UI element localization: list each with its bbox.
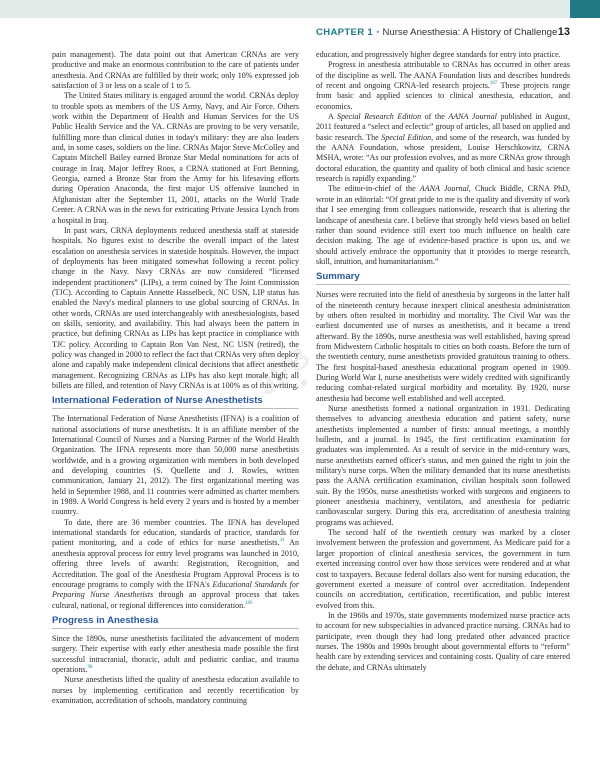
right-column: education, and progressively higher degr… (316, 50, 570, 673)
italic-title: AANA Journal (420, 184, 469, 193)
text-run: To date, there are 36 member countries. … (52, 518, 299, 548)
paragraph: Nurse anesthetists formed a national org… (316, 404, 570, 528)
paragraph: The International Federation of Nurse An… (52, 414, 299, 517)
left-column: pain management). The data point out tha… (52, 50, 299, 706)
text-run: A (328, 112, 337, 121)
paragraph: Nurses were recruited into the field of … (316, 290, 570, 404)
chapter-title: Nurse Anesthesia: A History of Challenge (382, 27, 557, 38)
header-band (0, 0, 600, 18)
italic-title: Special Edition (381, 133, 431, 142)
paragraph: pain management). The data point out tha… (52, 50, 299, 91)
running-head: CHAPTER 1•Nurse Anesthesia: A History of… (316, 27, 570, 41)
paragraph: To date, there are 36 member countries. … (52, 518, 299, 611)
paragraph: Nurse anesthetists lifted the quality of… (52, 675, 299, 706)
chapter-tab-marker (570, 0, 600, 18)
paragraph: In the 1960s and 1970s, state government… (316, 611, 570, 673)
paragraph: A Special Research Edition of the AANA J… (316, 112, 570, 184)
section-heading-ifna: International Federation of Nurse Anesth… (52, 395, 299, 409)
paragraph: The second half of the twentieth century… (316, 528, 570, 611)
watermark-dot (301, 380, 307, 386)
italic-title: AANA Journal (448, 112, 497, 121)
section-heading-summary: Summary (316, 271, 570, 285)
paragraph: The United States military is engaged ar… (52, 91, 299, 225)
text-run: , Chuck Biddle, CRNA PhD, wrote in an ed… (316, 184, 570, 265)
citation-link[interactable]: 106 (245, 601, 253, 606)
paragraph: In past wars, CRNA deployments reduced a… (52, 226, 299, 392)
text-run: of the (421, 112, 448, 121)
bullet-separator-icon: • (376, 27, 379, 38)
paragraph: Progress in anesthesia attributable to C… (316, 60, 570, 112)
text-run: The editor-in-chief of the (328, 184, 420, 193)
chapter-label: CHAPTER 1 (316, 27, 373, 38)
italic-title: Special Research Edition (337, 112, 421, 121)
paragraph: Since the 1890s, nurse anesthetists faci… (52, 634, 299, 675)
citation-link[interactable]: 98 (88, 665, 93, 670)
page-number: 13 (558, 26, 570, 38)
paragraph: The editor-in-chief of the AANA Journal,… (316, 184, 570, 267)
section-heading-progress: Progress in Anesthesia (52, 615, 299, 629)
paragraph: education, and progressively higher degr… (316, 50, 570, 60)
